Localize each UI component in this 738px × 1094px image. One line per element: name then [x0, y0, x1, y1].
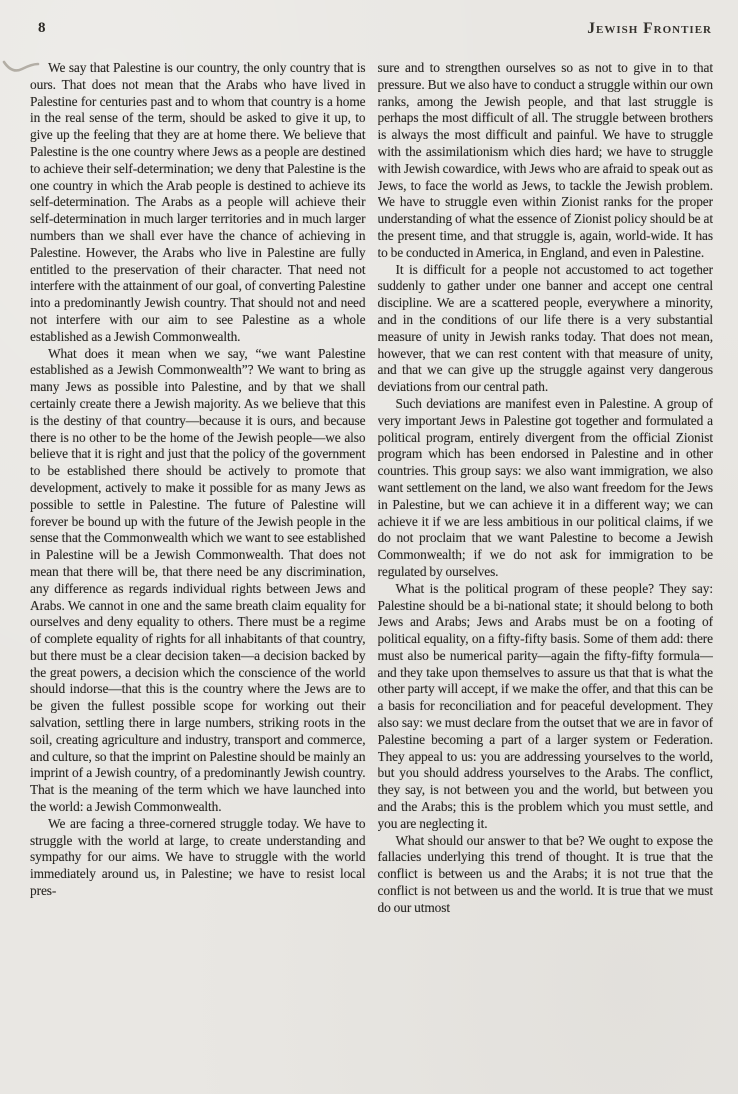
paragraph: What should our answer to that be? We ou… — [378, 833, 714, 917]
page-number: 8 — [38, 20, 46, 37]
magazine-page: 8 Jewish Frontier We say that Palestine … — [0, 0, 738, 1094]
paragraph: We are facing a three-cornered struggle … — [30, 816, 366, 900]
two-column-text: We say that Palestine is our country, th… — [30, 60, 713, 1092]
paragraph: Such deviations are manifest even in Pal… — [378, 396, 714, 581]
left-column: We say that Palestine is our country, th… — [30, 60, 366, 1092]
journal-title: Jewish Frontier — [587, 20, 712, 38]
right-column: sure and to strengthen ourselves so as n… — [378, 60, 714, 1092]
paragraph: What does it mean when we say, “we want … — [30, 346, 366, 816]
paragraph: It is difficult for a people not accusto… — [378, 262, 714, 396]
paragraph: sure and to strengthen ourselves so as n… — [378, 60, 714, 262]
page-header: 8 Jewish Frontier — [38, 20, 712, 40]
paragraph: What is the political program of these p… — [378, 581, 714, 833]
paragraph: We say that Palestine is our country, th… — [30, 60, 366, 346]
